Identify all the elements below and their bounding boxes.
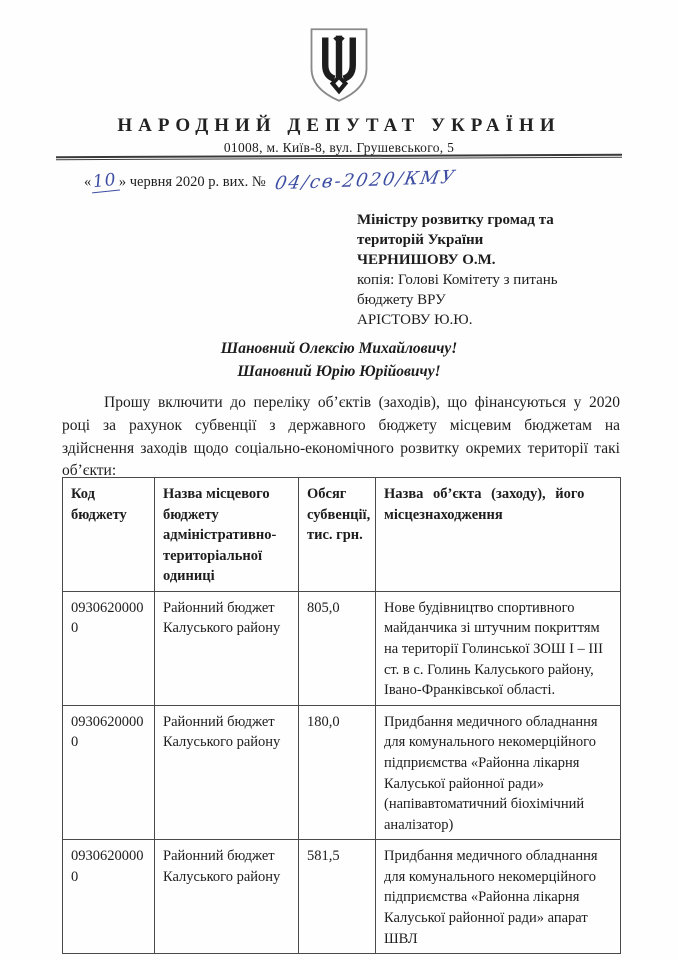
recipient-name: ЧЕРНИШОВУ О.М. bbox=[357, 251, 623, 271]
column-header-budget-code: Код бюджету bbox=[63, 478, 155, 592]
budget-name-cell: Районний бюджет Калуського району bbox=[155, 840, 299, 954]
body-paragraph: Прошу включити до переліку об’єктів (зах… bbox=[62, 392, 620, 483]
column-header-amount: Обсяг субвенції, тис. грн. bbox=[299, 478, 376, 592]
budget-code-cell: 09306200000 bbox=[63, 591, 155, 705]
subvention-amount-cell: 180,0 bbox=[299, 705, 376, 839]
salutation-line: Шановний Юрію Юрійовичу! bbox=[0, 360, 678, 383]
org-title: НАРОДНИЙ ДЕПУТАТ УКРАЇНИ bbox=[0, 115, 678, 137]
table-row: 09306200000 Районний бюджет Калуського р… bbox=[63, 705, 621, 839]
handwritten-day: 10 bbox=[90, 170, 120, 194]
table-row: 09306200000 Районний бюджет Калуського р… bbox=[63, 840, 621, 954]
budget-name-cell: Районний бюджет Калуського району bbox=[155, 591, 299, 705]
table-header-row: Код бюджету Назва місцевого бюджету адмі… bbox=[63, 478, 621, 592]
recipient-block: Міністру розвитку громад та територій Ук… bbox=[357, 211, 623, 331]
copy-line: копія: Голові Комітету з питань bbox=[357, 271, 623, 291]
object-description-cell: Придбання медичного обладнання для комун… bbox=[376, 840, 621, 954]
recipient-line: територій України bbox=[357, 231, 623, 251]
letterhead: НАРОДНИЙ ДЕПУТАТ УКРАЇНИ 01008, м. Київ-… bbox=[0, 26, 678, 156]
budget-table: Код бюджету Назва місцевого бюджету адмі… bbox=[62, 477, 621, 954]
column-header-budget-name: Назва місцевого бюджету адміністративно-… bbox=[155, 478, 299, 592]
quote-close: » bbox=[119, 174, 126, 190]
subvention-amount-cell: 805,0 bbox=[299, 591, 376, 705]
salutation: Шановний Олексію Михайловичу! Шановний Ю… bbox=[0, 337, 678, 384]
copy-recipient-name: АРІСТОВУ Ю.Ю. bbox=[357, 311, 623, 331]
column-header-object: Назва об’єкта (заходу), його місцезнаход… bbox=[376, 478, 621, 592]
date-reference-line: «10» червня 2020 р. вих. № 04/св-2020/КМ… bbox=[84, 170, 456, 192]
handwritten-ref-number: 04/св-2020/КМУ bbox=[274, 167, 458, 194]
object-description-cell: Нове будівництво спортивного майданчика … bbox=[376, 591, 621, 705]
subvention-amount-cell: 581,5 bbox=[299, 840, 376, 954]
object-description-cell: Придбання медичного обладнання для комун… bbox=[376, 705, 621, 839]
budget-code-cell: 09306200000 bbox=[63, 840, 155, 954]
scanned-letter-page: НАРОДНИЙ ДЕПУТАТ УКРАЇНИ 01008, м. Київ-… bbox=[0, 0, 678, 960]
copy-line: бюджету ВРУ bbox=[357, 291, 623, 311]
table-row: 09306200000 Районний бюджет Калуського р… bbox=[63, 591, 621, 705]
date-printed-text: червня 2020 р. вих. № bbox=[130, 174, 266, 190]
budget-code-cell: 09306200000 bbox=[63, 705, 155, 839]
salutation-line: Шановний Олексію Михайловичу! bbox=[0, 337, 678, 360]
ukraine-trident-icon bbox=[306, 26, 372, 104]
budget-name-cell: Районний бюджет Калуського району bbox=[155, 705, 299, 839]
recipient-line: Міністру розвитку громад та bbox=[357, 211, 623, 231]
